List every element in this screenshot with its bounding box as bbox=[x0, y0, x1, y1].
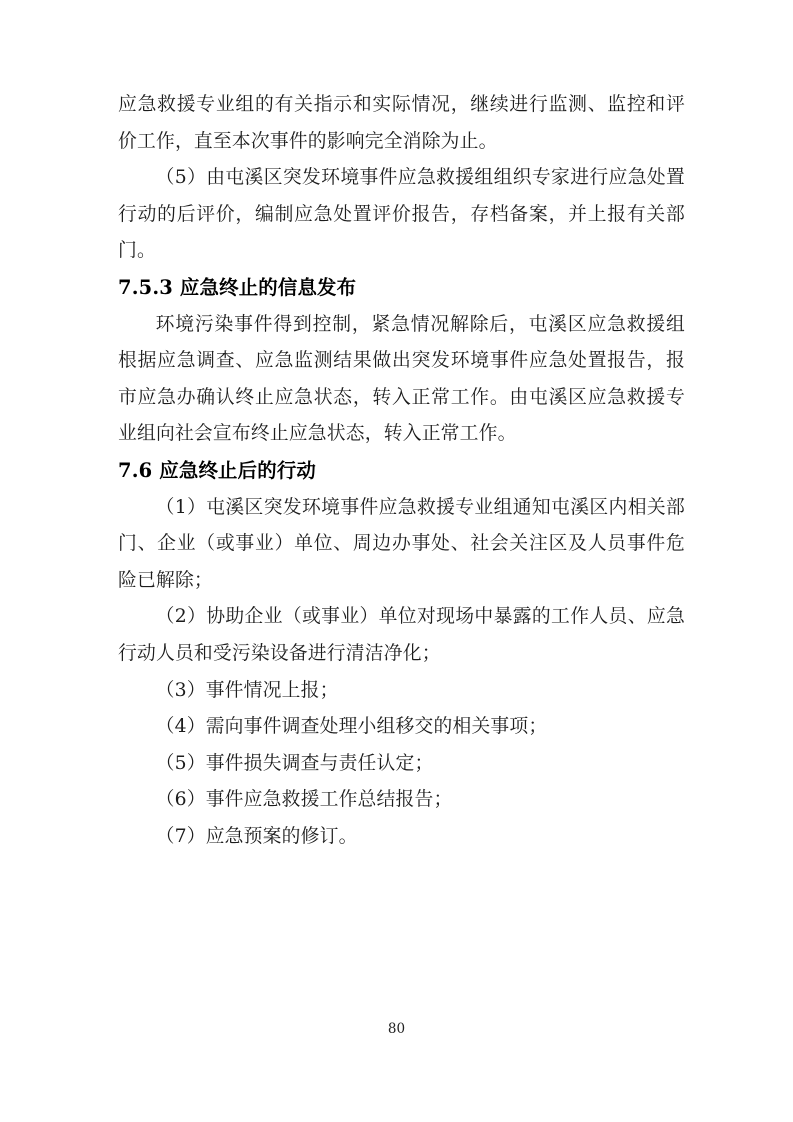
paragraph: （1）屯溪区突发环境事件应急救援专业组通知屯溪区内相关部门、企业（或事业）单位、… bbox=[118, 490, 685, 600]
paragraph: 环境污染事件得到控制，紧急情况解除后，屯溪区应急救援组根据应急调查、应急监测结果… bbox=[118, 307, 685, 453]
paragraph: （6）事件应急救援工作总结报告； bbox=[118, 782, 685, 819]
paragraph: （3）事件情况上报； bbox=[118, 673, 685, 710]
section-heading: 7.6 应急终止后的行动 bbox=[118, 453, 685, 490]
paragraph: （2）协助企业（或事业）单位对现场中暴露的工作人员、应急行动人员和受污染设备进行… bbox=[118, 599, 685, 672]
paragraph: （7）应急预案的修订。 bbox=[118, 819, 685, 856]
document-body: 应急救援专业组的有关指示和实际情况，继续进行监测、监控和评价工作，直至本次事件的… bbox=[118, 87, 685, 855]
paragraph: （5）事件损失调查与责任认定； bbox=[118, 746, 685, 783]
paragraph: （4）需向事件调查处理小组移交的相关事项； bbox=[118, 709, 685, 746]
page-number: 80 bbox=[0, 1020, 793, 1038]
document-page: 应急救援专业组的有关指示和实际情况，继续进行监测、监控和评价工作，直至本次事件的… bbox=[0, 0, 793, 1122]
paragraph: 应急救援专业组的有关指示和实际情况，继续进行监测、监控和评价工作，直至本次事件的… bbox=[118, 87, 685, 160]
section-heading: 7.5.3 应急终止的信息发布 bbox=[118, 270, 685, 307]
paragraph: （5）由屯溪区突发环境事件应急救援组组织专家进行应急处置行动的后评价，编制应急处… bbox=[118, 160, 685, 270]
